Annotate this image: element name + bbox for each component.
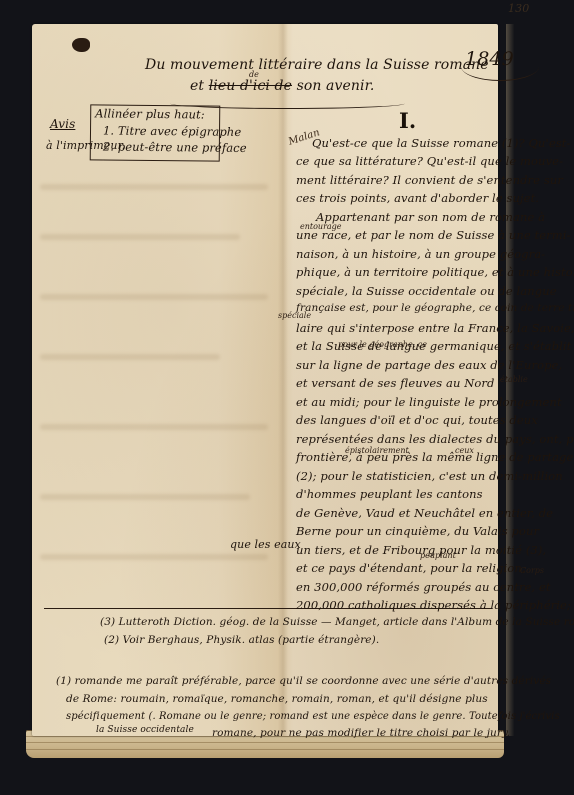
body-line: Qu'est-ce que la Suisse romane (1)? Qu'e… — [312, 136, 570, 150]
printer-note-box: Allinéer plus haut: 1. Titre avec épigra… — [90, 104, 221, 161]
ink-bleed — [40, 494, 250, 500]
footnote-subnote: la Suisse occidentale — [96, 725, 194, 735]
body-line: un tiers, et de Fribourg pour la moitié … — [296, 543, 546, 557]
ink-bleed — [40, 424, 268, 430]
body-line: spéciale, la Suisse occidentale ou de la… — [296, 284, 557, 298]
body-line: naison, à un histoire, à un groupe géogr… — [296, 247, 545, 261]
folio-number: 130 — [508, 2, 529, 15]
title-prefix: et — [190, 78, 204, 94]
body-line: frontière, à peu près la même ligne de p… — [296, 450, 573, 464]
body-line: phique, à un territoire politique, et à … — [296, 265, 574, 279]
body-line: des langues d'oïl et d'oc qui, toutes de… — [296, 413, 538, 427]
box-item: 1. Titre avec épigraphe — [103, 123, 241, 138]
body-line: (2); pour le statisticien, c'est un demi… — [296, 469, 563, 483]
title-line-2: et lieu d'ici de son avenir. — [190, 78, 374, 94]
body-line: et la Suisse de langue germanique, et s'… — [296, 339, 571, 353]
footnote-1-line: spécifiquement (. Romane ou le genre; ro… — [66, 711, 560, 722]
body-line: laire qui s'interpose entre la France, l… — [296, 321, 574, 335]
margin-avis: Avis — [50, 117, 75, 131]
body-line: représentées dans les dialectes du pays,… — [296, 432, 574, 446]
ink-bleed — [40, 234, 240, 240]
ink-bleed — [40, 554, 268, 560]
footnote-1-line: de Rome: roumain, romaïque, romanche, ro… — [66, 693, 488, 705]
body-line: ment littéraire? Il convient de s'entend… — [296, 173, 563, 187]
body-line: 200,000 catholiques dispersés à la périp… — [296, 598, 571, 612]
footnote-1-line: romane, pour ne pas modifier le titre ch… — [212, 727, 510, 739]
body-line: Berne pour un cinquième, du Valais pour — [296, 524, 539, 538]
body-line: Appartenant par son nom de romane à — [316, 210, 545, 224]
body-line: sur la ligne de partage des eaux de l'Eu… — [296, 358, 562, 372]
footnote-2: (2) Voir Berghaus, Physik. atlas (partie… — [104, 634, 379, 646]
title-suffix: son avenir. — [297, 78, 375, 94]
ink-bleed — [40, 184, 268, 190]
body-line: et versant de ses fleuves au Nord — [296, 376, 494, 390]
page-fold — [278, 24, 288, 736]
footnote-1-line: (1) romande me paraît préférable, parce … — [56, 675, 551, 687]
body-line: d'hommes peuplant les cantons — [296, 487, 483, 501]
title-line-1: Du mouvement littéraire dans la Suisse r… — [145, 57, 489, 73]
ink-blot — [72, 38, 90, 52]
body-line: et ce pays d'étendant, pour la religion, — [296, 561, 526, 575]
insertion: établie — [500, 375, 528, 384]
title-struck-text: lieu d'ici de — [209, 78, 292, 94]
body-line: une race, et par le nom de Suisse à une … — [296, 228, 571, 242]
body-line: ce que sa littérature? Qu'est-il que le … — [296, 154, 563, 168]
box-item: 2. peut-être une préface — [103, 139, 247, 155]
body-line: de Genève, Vaud et Neuchâtel en entier, … — [296, 506, 553, 520]
body-line: française est, pour le géographe, ce coi… — [296, 302, 574, 314]
body-line: et au midi; pour le linguiste le prolong… — [296, 395, 562, 409]
body-line: en 300,000 réformés groupés au centre, e… — [296, 580, 551, 594]
ink-bleed — [40, 294, 268, 300]
box-heading: Allinéer plus haut: — [95, 106, 205, 121]
footnote-3: (3) Lutteroth Diction. géog. de la Suiss… — [100, 616, 574, 628]
ink-bleed — [40, 354, 220, 360]
chapter-number: I. — [399, 108, 416, 133]
margin-insertion: que les eaux — [230, 538, 301, 551]
title-insertion: de — [249, 70, 259, 79]
body-line: ces trois points, avant d'aborder le suj… — [296, 191, 539, 205]
